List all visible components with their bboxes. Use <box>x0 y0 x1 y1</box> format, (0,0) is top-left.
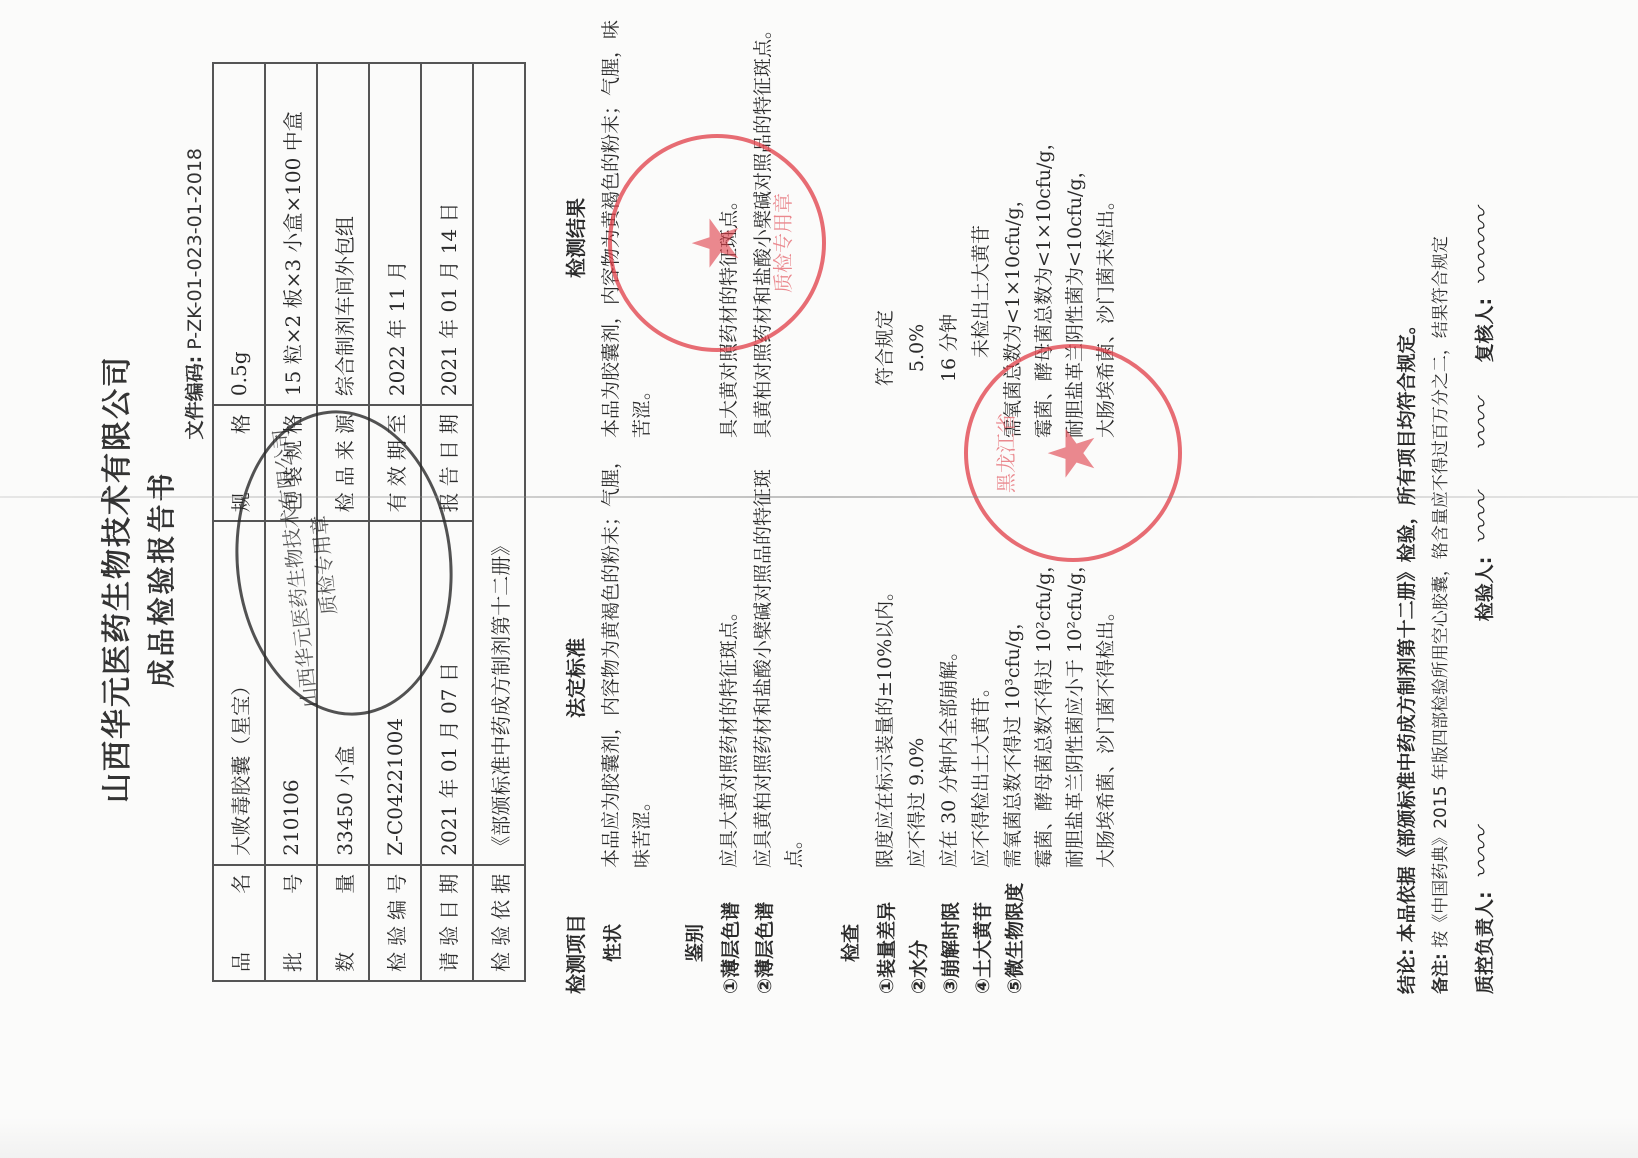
result-line: 需氧菌总数为<1×10cfu/g， <box>998 18 1029 438</box>
second-signature: 〰〰 <box>1462 399 1499 451</box>
group-identification: 鉴别 <box>680 924 707 962</box>
conclusion: 结论: 本品依据《部颁标准中药成方制剂第十二册》检验，所有项目均符合规定。 <box>1392 315 1419 994</box>
standard-line: 霉菌、酵母菌总数不得过 10²cfu/g， <box>1029 448 1060 868</box>
value-spec: 0.5g <box>213 63 265 405</box>
standard-line: 大肠埃希菌、沙门菌不得检出。 <box>1091 448 1122 868</box>
standard-line: 需氧菌总数不得过 10³cfu/g， <box>998 448 1029 868</box>
column-header-item: 检测项目 <box>560 914 589 994</box>
standard-disintegration: 应在 30 分钟内全部崩解。 <box>934 448 965 868</box>
column-header-result: 检测结果 <box>560 198 589 278</box>
label-basis: 检验依据 <box>473 865 525 981</box>
result-tlc-2: 具黄柏对照药材和盐酸小檗碱对照品的特征斑点。 <box>748 18 779 438</box>
standard-microbial-limit: 需氧菌总数不得过 10³cfu/g， 霉菌、酵母菌总数不得过 10²cfu/g，… <box>998 448 1122 868</box>
label-package-spec: 包装规格 <box>265 405 317 521</box>
table-row: 检验编号 Z-C04221004 有效期至 2022 年 11 月 <box>369 63 421 981</box>
table-row: 检验依据 《部颁标准中药成方制剂第十二册》 <box>473 63 525 981</box>
table-row: 品 名 大败毒胶囊（星宝） 规 格 0.5g <box>213 63 265 981</box>
scan-edge <box>0 1118 1638 1158</box>
reviewer-label: 复核人: <box>1474 298 1496 363</box>
standard-appearance: 本品应为胶囊剂，内容物为黄褐色的粉末；气腥，味苦涩。 <box>596 448 658 868</box>
result-microbial-limit: 需氧菌总数为<1×10cfu/g， 霉菌、酵母菌总数为<1×10cfu/g， 耐… <box>998 18 1122 438</box>
reviewer-signature: 〰〰〰 <box>1462 208 1499 286</box>
result-tlc-1: 具大黄对照药材的特征斑点。 <box>714 18 745 438</box>
document-code: 文件编码: P-ZK-01-023-01-2018 <box>180 148 207 439</box>
test-item-tlc-2: ②薄层色谱 <box>750 902 777 994</box>
report-page: 山西华元医药生物技术有限公司 成品检验报告书 文件编码: P-ZK-01-023… <box>0 0 1638 1158</box>
standard-fill-variation: 限度应在标示装量的±10%以内。 <box>870 448 901 868</box>
standard-tlc-1: 应具大黄对照药材的特征斑点。 <box>714 448 745 868</box>
qc-head-signature: 〰〰 <box>1462 827 1499 879</box>
label-expiry: 有效期至 <box>369 405 421 521</box>
standard-moisture: 应不得过 9.0% <box>902 448 933 868</box>
table-row: 数 量 33450 小盒 检品来源 综合制剂车间外包组 <box>317 63 369 981</box>
result-rhaponticin: 未检出土大黄苷 <box>966 0 997 358</box>
report-title: 成品检验报告书 <box>140 0 180 1158</box>
scanned-document: 山西华元医药生物技术有限公司 成品检验报告书 文件编码: P-ZK-01-023… <box>0 0 1638 1158</box>
scanner-line <box>0 496 1638 498</box>
value-product-name: 大败毒胶囊（星宝） <box>213 521 265 864</box>
value-request-date: 2021 年 01 月 07 日 <box>421 521 473 864</box>
test-item-microbial-limit: ⑤微生物限度 <box>1000 883 1027 994</box>
column-header-standard: 法定标准 <box>560 638 589 718</box>
value-inspection-no: Z-C04221004 <box>369 521 421 864</box>
value-package-spec: 15 粒×2 板×3 小盒×100 中盒 <box>265 63 317 405</box>
result-disintegration: 16 分钟 <box>934 258 965 438</box>
label-quantity: 数 量 <box>317 865 369 981</box>
value-sample-source: 综合制剂车间外包组 <box>317 63 369 405</box>
result-moisture: 5.0% <box>902 258 933 438</box>
document-code-value: P-ZK-01-023-01-2018 <box>184 148 206 350</box>
value-quantity: 33450 小盒 <box>317 521 369 864</box>
label-spec: 规 格 <box>213 405 265 521</box>
remark-label: 备注: <box>1431 953 1451 994</box>
value-report-date: 2021 年 01 月 14 日 <box>421 63 473 405</box>
signatures: 质控负责人: 〰〰 检验人: 〰〰 〰〰 复核人: 〰〰〰 <box>1462 178 1499 994</box>
test-item-appearance: 性状 <box>598 924 625 962</box>
value-batch: 210106 <box>265 521 317 864</box>
standard-line: 耐胆盐革兰阴性菌应小于 10²cfu/g， <box>1060 448 1091 868</box>
label-report-date: 报告日期 <box>421 405 473 521</box>
product-info-table: 品 名 大败毒胶囊（星宝） 规 格 0.5g 批 号 210106 包装规格 1… <box>212 62 526 982</box>
test-item-fill-variation: ①装量差异 <box>872 902 899 994</box>
test-item-moisture: ②水分 <box>904 940 931 994</box>
company-name: 山西华元医药生物技术有限公司 <box>92 0 136 1158</box>
standard-tlc-2: 应具黄柏对照药材和盐酸小檗碱对照品的特征斑点。 <box>748 448 810 868</box>
conclusion-text: 本品依据《部颁标准中药成方制剂第十二册》检验，所有项目均符合规定。 <box>1396 315 1418 942</box>
inspector-label: 检验人: <box>1474 557 1496 622</box>
remark-text: 按《中国药典》2015 年版四部检验所用空心胶囊，铬含量应不得过百万分之二，结果… <box>1431 236 1451 948</box>
table-row: 请验日期 2021 年 01 月 07 日 报告日期 2021 年 01 月 1… <box>421 63 473 981</box>
label-sample-source: 检品来源 <box>317 405 369 521</box>
inspector-signature: 〰〰 <box>1462 493 1499 545</box>
result-appearance: 本品为胶囊剂，内容物为黄褐色的粉末；气腥，味苦涩。 <box>596 18 658 438</box>
result-fill-variation: 符合规定 <box>870 258 901 438</box>
qc-head-label: 质控负责人: <box>1474 891 1496 994</box>
result-line: 耐胆盐革兰阴性菌为<10cfu/g， <box>1060 18 1091 438</box>
result-line: 霉菌、酵母菌总数为<1×10cfu/g， <box>1029 18 1060 438</box>
result-line: 大肠埃希菌、沙门菌未检出。 <box>1091 18 1122 438</box>
label-request-date: 请验日期 <box>421 865 473 981</box>
test-item-rhaponticin: ④土大黄苷 <box>968 902 995 994</box>
group-inspection: 检查 <box>836 924 863 962</box>
label-inspection-no: 检验编号 <box>369 865 421 981</box>
document-code-label: 文件编码: <box>184 356 206 440</box>
label-product-name: 品 名 <box>213 865 265 981</box>
value-basis: 《部颁标准中药成方制剂第十二册》 <box>473 63 525 865</box>
value-expiry: 2022 年 11 月 <box>369 63 421 405</box>
test-item-disintegration: ③崩解时限 <box>936 902 963 994</box>
test-item-tlc-1: ①薄层色谱 <box>716 902 743 994</box>
table-row: 批 号 210106 包装规格 15 粒×2 板×3 小盒×100 中盒 <box>265 63 317 981</box>
conclusion-label: 结论: <box>1396 948 1418 994</box>
remark: 备注: 按《中国药典》2015 年版四部检验所用空心胶囊，铬含量应不得过百万分之… <box>1426 236 1451 994</box>
standard-rhaponticin: 应不得检出土大黄苷。 <box>966 448 997 868</box>
label-batch: 批 号 <box>265 865 317 981</box>
